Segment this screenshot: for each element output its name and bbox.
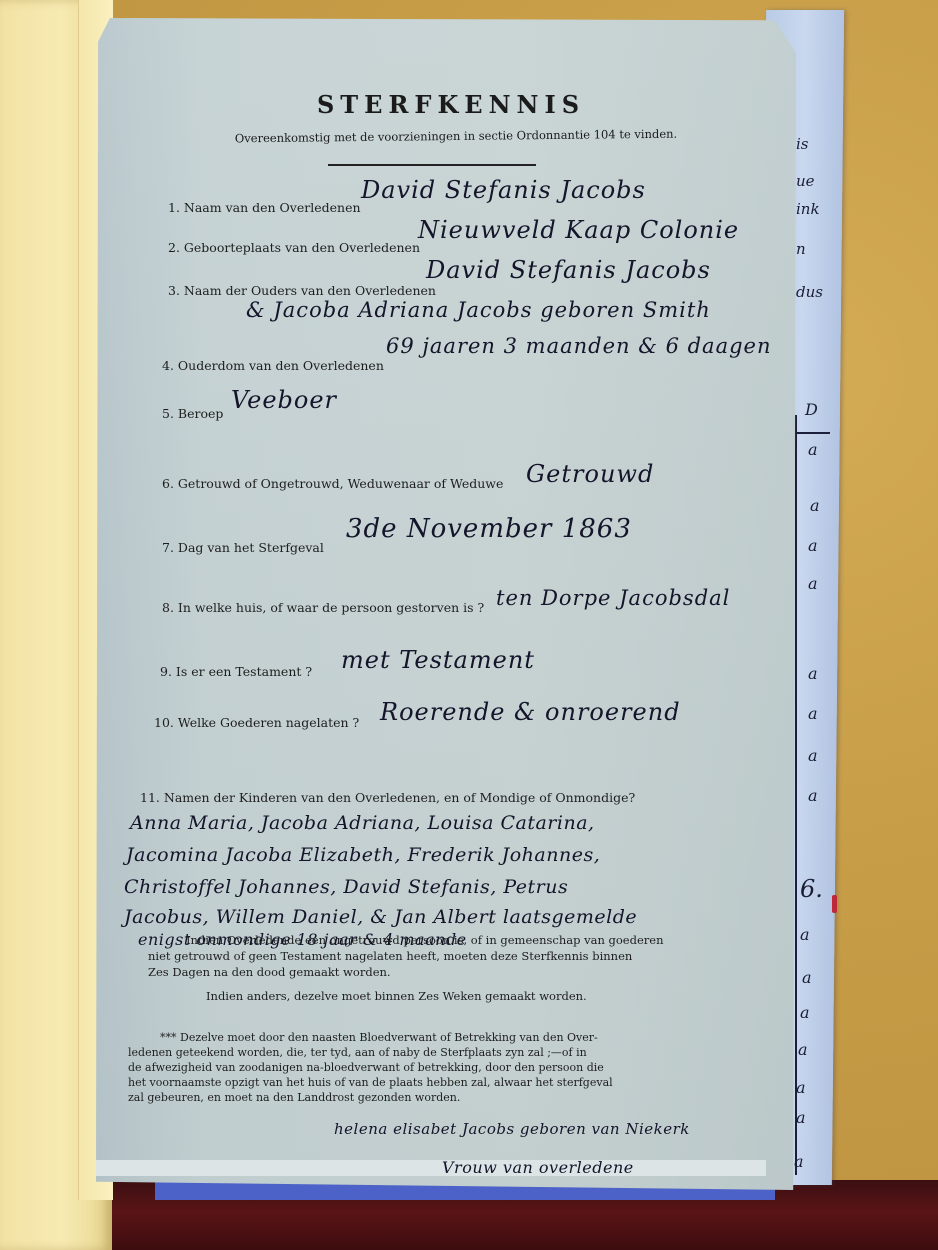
field-label-testament: 9. Is er een Testament ? xyxy=(160,664,312,679)
ledger-entry: a xyxy=(796,1078,806,1097)
field-label-children: 11. Namen der Kinderen van den Overleden… xyxy=(140,790,635,805)
field-label-date-of-death: 7. Dag van het Sterfgeval xyxy=(162,540,324,555)
field-label-marital-status: 6. Getrouwd of Ongetrouwd, Weduwenaar of… xyxy=(162,476,503,491)
ledger-margin-word: dus xyxy=(796,283,823,301)
field-value-testament: met Testament xyxy=(341,646,535,674)
ledger-entry: 6. xyxy=(800,875,823,903)
field-value-parents-father: David Stefanis Jacobs xyxy=(426,256,711,284)
field-value-marital-status: Getrouwd xyxy=(526,460,654,488)
ledger-entry: a xyxy=(808,536,818,555)
signature-role: Vrouw van overledene xyxy=(442,1158,634,1177)
title-divider xyxy=(328,164,536,166)
children-line: Jacomina Jacoba Elizabeth, Frederik Joha… xyxy=(126,844,600,866)
ledger-entry: a xyxy=(808,440,818,459)
signature-name: helena elisabet Jacobs geboren van Nieke… xyxy=(334,1120,690,1138)
field-label-place-of-death: 8. In welke huis, of waar de persoon ges… xyxy=(162,600,484,615)
document-subtitle: Overeenkomstig met de voorzieningen in s… xyxy=(206,126,706,145)
ledger-entry: a xyxy=(802,968,812,987)
ledger-header-rule xyxy=(790,432,830,434)
ledger-header-mark: D xyxy=(805,400,818,419)
children-line: Christoffel Johannes, David Stefanis, Pe… xyxy=(124,876,568,898)
notice-six-days: Indien Overledende een ongetrouwd persoo… xyxy=(148,932,708,980)
field-value-parents-mother: & Jacoba Adriana Jacobs geboren Smith xyxy=(246,298,711,322)
ledger-margin-word: is xyxy=(796,135,809,153)
field-label-birthplace: 2. Geboorteplaats van den Overledenen xyxy=(168,240,420,255)
field-label-parents: 3. Naam der Ouders van den Overledenen xyxy=(168,283,436,298)
field-value-place-of-death: ten Dorpe Jacobsdal xyxy=(496,586,730,610)
field-value-deceased-name: David Stefanis Jacobs xyxy=(361,176,646,204)
notice-six-weeks: Indien anders, dezelve moet binnen Zes W… xyxy=(206,988,706,1004)
red-tab-marker xyxy=(832,895,837,913)
ledger-margin-word: ue xyxy=(796,172,815,190)
field-label-age: 4. Ouderdom van den Overledenen xyxy=(162,358,384,373)
ledger-entry: a xyxy=(808,574,818,593)
ledger-entry: a xyxy=(808,704,818,723)
field-value-occupation: Veeboer xyxy=(231,386,337,414)
ledger-entry: a xyxy=(800,925,810,944)
children-line: Anna Maria, Jacoba Adriana, Louisa Catar… xyxy=(130,812,595,834)
ledger-entry: a xyxy=(798,1040,808,1059)
children-line: Jacobus, Willem Daniel, & Jan Albert laa… xyxy=(124,906,637,928)
ledger-entry: a xyxy=(808,786,818,805)
notice-signatory: *** Dezelve moet door den naasten Bloedv… xyxy=(128,1030,728,1105)
field-label-deceased-name: 1. Naam van den Overledenen xyxy=(168,200,361,215)
ledger-margin-word: ink xyxy=(796,200,820,218)
field-value-birthplace: Nieuwveld Kaap Colonie xyxy=(418,216,739,244)
field-value-age: 69 jaaren 3 maanden & 6 daagen xyxy=(386,334,771,358)
ledger-entry: a xyxy=(800,1003,810,1022)
ledger-margin-word: n xyxy=(796,240,806,258)
ledger-entry: a xyxy=(810,496,820,515)
document-title: STERFKENNIS xyxy=(286,90,616,119)
field-label-occupation: 5. Beroep xyxy=(162,406,223,421)
ledger-entry: a xyxy=(808,746,818,765)
field-label-estate: 10. Welke Goederen nagelaten ? xyxy=(154,715,359,730)
ledger-entry: a xyxy=(808,664,818,683)
form-content: STERFKENNIS Overeenkomstig met de voorzi… xyxy=(96,18,796,1190)
field-value-estate: Roerende & onroerend xyxy=(380,698,681,726)
field-value-date-of-death: 3de November 1863 xyxy=(346,514,632,544)
ledger-entry: a xyxy=(796,1108,806,1127)
